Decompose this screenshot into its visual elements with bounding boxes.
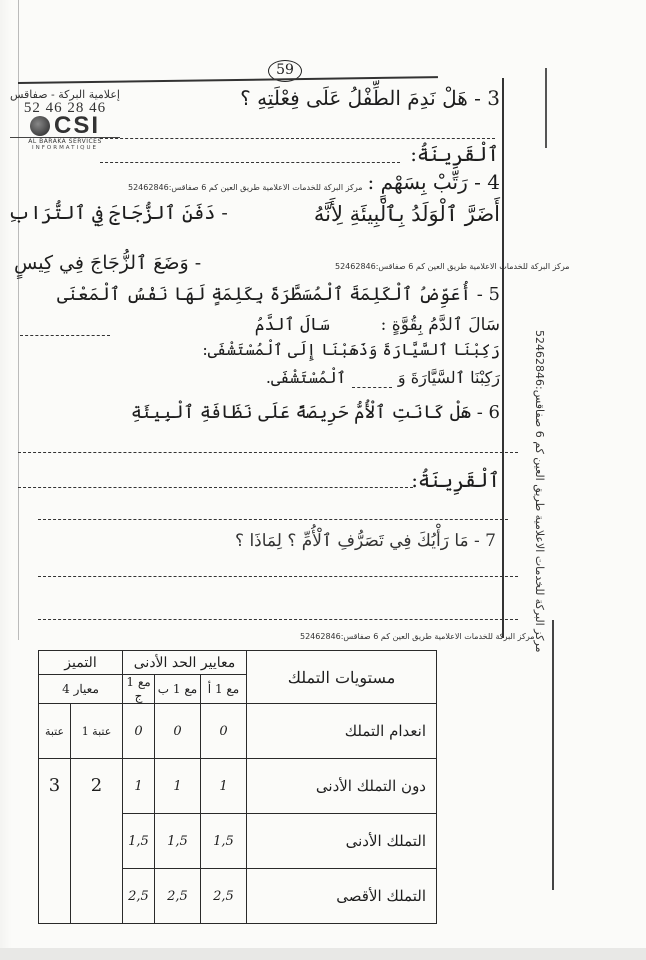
question-4: 4 - رَتِّبْ بِسَهْمٍ : — [368, 170, 500, 194]
q4-item-1: أَضَرَّ ٱلْوَلَدُ بِٱلْبِيئَةِ لِأَنَّهُ — [314, 202, 500, 226]
stamp-logo: CSI — [10, 115, 120, 137]
level-cell: دون التملك الأدنى — [247, 759, 437, 814]
answer-line — [20, 335, 110, 336]
header-criterion-1b: مع 1 ب — [155, 675, 201, 704]
question-7: 7 - مَا رَأْيُكَ فِي تَصَرُّفِ ٱلْأُمِّ … — [235, 530, 496, 551]
company-stamp: إعلامية البركة - صفاقس 52 46 28 46 CSI A… — [10, 88, 120, 151]
grading-rubric-table: مستويات التملك معايير الحد الأدنى التميز… — [38, 650, 437, 924]
header-criterion-4: معيار 4 — [39, 675, 123, 704]
answer-line — [100, 138, 495, 139]
watermark: مركز البركة للخدمات الاعلامية طريق العين… — [300, 632, 535, 641]
answer-line — [100, 162, 400, 163]
page-edge — [0, 948, 646, 960]
q4-item-3: - وَضَعَ ٱلزُّجَاجَ فِي كِيسٍ — [14, 252, 201, 274]
answer-line — [38, 519, 508, 520]
score-cell: 1 — [123, 759, 155, 814]
header-criterion-1a: مع 1 أ — [201, 675, 247, 704]
level-cell: التملك الأدنى — [247, 814, 437, 869]
header-criterion-1c: مع 1 ج — [123, 675, 155, 704]
worksheet-page: 59 إعلامية البركة - صفاقس 52 46 28 46 CS… — [0, 0, 646, 960]
q5-line-1: سَالَ ٱلدَّمُ بِقُوَّةٍ : سَالَ ٱلدَّمُ — [255, 314, 500, 335]
q3-clue-label: ٱلْقَرِينَةُ: — [410, 142, 499, 166]
answer-line — [38, 576, 518, 577]
watermark: مركز البركة للخدمات الاعلامية طريق العين… — [128, 183, 363, 192]
q5-line-2: رَكِبْنَا ٱلسَّيَّارَةَ وَذَهَبْنَا إِلَ… — [202, 340, 500, 359]
q5-line-1-text: سَالَ ٱلدَّمُ بِقُوَّةٍ : — [381, 315, 500, 335]
score-cell: 0 — [155, 704, 201, 759]
score-cell: 2,5 — [201, 869, 247, 924]
score-cell: 1,5 — [201, 814, 247, 869]
answer-line — [352, 387, 392, 388]
score-cell: 2,5 — [155, 869, 201, 924]
question-6: 6 - هَلْ كَانَتِ ٱلْأُمُّ حَرِيصَةً عَلَ… — [131, 402, 500, 423]
q5-line-1-answer-prefix: سَالَ ٱلدَّمُ — [255, 315, 330, 335]
frame-line — [502, 78, 504, 638]
q5-line-3-end: ٱلْمُسْتَشْفَى. — [266, 368, 346, 387]
excellence-score-cell: 3 — [39, 759, 71, 924]
question-5: 5 - أُعَوِّضُ ٱلْكَلِمَةَ ٱلْمُسَطَّرَةَ… — [57, 284, 500, 305]
level-cell: انعدام التملك — [247, 704, 437, 759]
top-rule — [18, 76, 438, 83]
header-excellence: التميز — [39, 651, 123, 675]
header-min-criteria: معايير الحد الأدنى — [123, 651, 247, 675]
score-cell: 1,5 — [123, 814, 155, 869]
excellence-threshold-cell: عتبة — [39, 704, 71, 759]
score-cell: 0 — [123, 704, 155, 759]
frame-line — [545, 68, 547, 148]
score-cell: 1 — [155, 759, 201, 814]
answer-line — [38, 619, 518, 620]
table-row: انعدام التملك 0 0 0 عتبة 1 عتبة — [39, 704, 437, 759]
answer-line — [18, 452, 518, 453]
q6-clue-label: ٱلْقَرِينَةُ: — [411, 468, 500, 492]
score-cell: 2,5 — [123, 869, 155, 924]
header-levels: مستويات التملك — [247, 651, 437, 704]
stamp-english-2: INFORMATIQUE — [10, 145, 120, 151]
table-row: دون التملك الأدنى 1 1 1 2 3 — [39, 759, 437, 814]
question-3: 3 - هَلْ نَدِمَ الطِّفْلُ عَلَى فِعْلَتِ… — [240, 86, 500, 110]
q5-line-3-start: رَكِبْنَا ٱلسَّيَّارَةَ وَ — [398, 368, 500, 387]
score-cell: 1,5 — [155, 814, 201, 869]
q4-item-2: - دَفَنَ ٱلزُّجَاجَ فِي ٱلتُّرَابِ — [8, 202, 228, 224]
excellence-score-cell: 2 — [71, 759, 123, 924]
answer-line — [18, 487, 413, 488]
watermark: مركز البركة للخدمات الاعلامية طريق العين… — [335, 262, 570, 271]
globe-icon — [30, 116, 50, 136]
level-cell: التملك الأقصى — [247, 869, 437, 924]
logo-text: CSI — [54, 115, 100, 137]
vertical-watermark: مركز البركة للخدمات الاعلامية طريق العين… — [530, 330, 546, 620]
frame-line — [552, 620, 554, 890]
score-cell: 1 — [201, 759, 247, 814]
score-cell: 0 — [201, 704, 247, 759]
excellence-threshold-cell: عتبة 1 — [71, 704, 123, 759]
